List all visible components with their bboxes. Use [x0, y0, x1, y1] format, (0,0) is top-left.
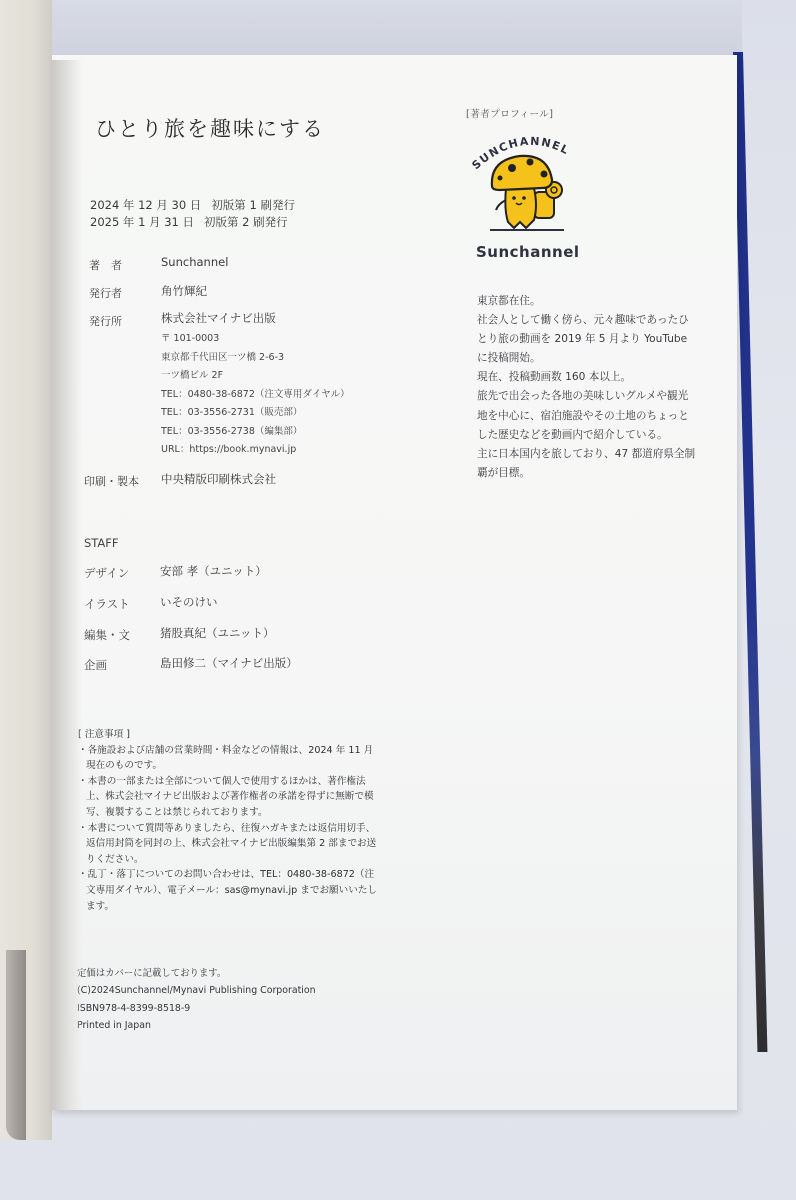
author-value: Sunchannel	[161, 255, 228, 269]
staff-name: いそのけい	[160, 594, 218, 610]
author-label: 著 者	[89, 257, 122, 273]
street-address: 東京都千代田区一ツ橋 2-6-3	[161, 349, 350, 368]
publisher-company-label: 発行所	[89, 313, 122, 329]
edition-date: 2025 年 1 月 31 日	[90, 215, 194, 229]
profile-heading: [著者プロフィール]	[466, 106, 553, 120]
edition-row: 2025 年 1 月 31 日初版第 2 刷発行	[90, 214, 295, 231]
copyright: (C)2024Sunchannel/Mynavi Publishing Corp…	[77, 982, 316, 999]
note-item: ・各施設および店舗の営業時間・料金などの情報は、2024 年 11 月現在のもの…	[78, 743, 378, 774]
postal-code: 〒 101-0003	[161, 330, 350, 349]
phone-editorial: TEL：03-3556-2738（編集部）	[161, 423, 350, 442]
book-title: ひとり旅を趣味にする	[95, 113, 325, 143]
edition-row: 2024 年 12 月 30 日初版第 1 刷発行	[90, 197, 295, 214]
building: 一ツ橋ビル 2F	[161, 367, 350, 386]
staff-name: 猪股真紀（ユニット）	[160, 625, 275, 641]
bio-paragraph: 旅先で出会った各地の美味しいグルメや観光地を中心に、宿泊施設やその土地のちょっと…	[477, 387, 697, 444]
staff-name: 島田修二（マイナビ出版）	[160, 655, 298, 671]
mushroom-mascot-icon: SUNCHANNEL	[468, 130, 588, 242]
note-item: ・乱丁・落丁についてのお問い合わせは、TEL：0480-38-6872（注文専用…	[78, 867, 378, 914]
isbn: ISBN978-4-8399-8518-9	[77, 1000, 316, 1017]
notes-heading: [ 注意事項 ]	[78, 727, 378, 743]
staff-name: 安部 孝（ユニット）	[160, 563, 267, 579]
profile-name: Sunchannel	[476, 243, 580, 261]
publisher-company-value: 株式会社マイナビ出版	[161, 310, 276, 326]
profile-bio: 東京都在住。 社会人として働く傍ら、元々趣味であったひとり旅の動画を 2019 …	[477, 292, 697, 483]
note-item: ・本書について質問等ありましたら、往復ハガキまたは返信用切手、返信用封筒を同封の…	[78, 821, 378, 868]
page-top-shadow	[52, 0, 742, 58]
notes-section: [ 注意事項 ] ・各施設および店舗の営業時間・料金などの情報は、2024 年 …	[78, 727, 378, 914]
price-note: 定価はカバーに記載しております。	[77, 965, 316, 982]
printer-label: 印刷・製本	[84, 473, 139, 489]
phone-sales: TEL：03-3556-2731（販売部）	[161, 404, 350, 423]
publisher-person-label: 発行者	[89, 285, 122, 301]
staff-role: 編集・文	[84, 627, 130, 643]
edition-label: 初版第 2 刷発行	[204, 215, 288, 229]
colophon-block: 定価はカバーに記載しております。 (C)2024Sunchannel/Mynav…	[77, 965, 316, 1034]
staff-role: 企画	[84, 657, 107, 673]
printed-in: Printed in Japan	[77, 1017, 316, 1034]
edition-date: 2024 年 12 月 30 日	[90, 198, 201, 212]
staff-role: デザイン	[84, 565, 129, 581]
left-page-shadow	[6, 950, 26, 1140]
edition-history: 2024 年 12 月 30 日初版第 1 刷発行 2025 年 1 月 31 …	[90, 197, 295, 231]
phone-orders: TEL：0480-38-6872（注文専用ダイヤル）	[161, 386, 350, 405]
bio-paragraph: 現在、投稿動画数 160 本以上。	[477, 368, 697, 387]
publisher-address: 〒 101-0003 東京都千代田区一ツ橋 2-6-3 一ツ橋ビル 2F TEL…	[161, 330, 350, 460]
bio-paragraph: 社会人として働く傍ら、元々趣味であったひとり旅の動画を 2019 年 5 月より…	[477, 311, 697, 368]
bio-paragraph: 主に日本国内を旅しており、47 都道府県全制覇が目標。	[477, 445, 697, 483]
note-item: ・本書の一部または全部について個人で使用するほかは、著作権法上、株式会社マイナビ…	[78, 774, 378, 821]
publisher-person-value: 角竹輝紀	[161, 283, 207, 299]
printer-value: 中央精版印刷株式会社	[161, 471, 276, 487]
staff-heading: STAFF	[84, 536, 119, 550]
bio-paragraph: 東京都在住。	[477, 292, 697, 311]
staff-role: イラスト	[84, 596, 130, 612]
publisher-url: URL：https://book.mynavi.jp	[161, 441, 350, 460]
edition-label: 初版第 1 刷発行	[211, 198, 295, 212]
spine-shadow	[52, 60, 82, 1110]
